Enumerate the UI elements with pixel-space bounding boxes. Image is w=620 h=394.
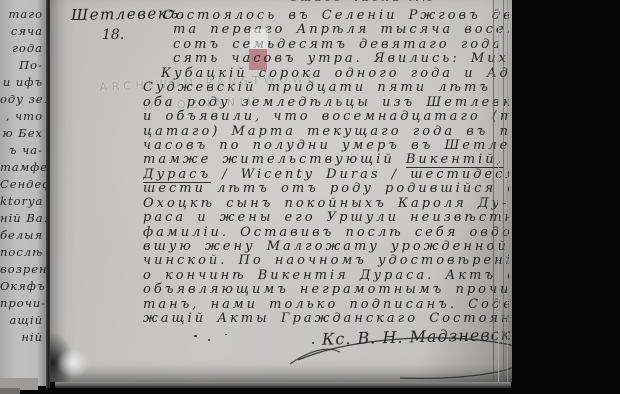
facing-page-fragment: белыя [0, 227, 46, 244]
curled-corner-highlight [56, 348, 90, 378]
record-line: и объявили, что восемнадцатаго (трид- [143, 110, 509, 124]
facing-page-fragment: По- [0, 57, 46, 74]
record-line: Суджевскій тридцати пяти лѣтъ [143, 81, 509, 95]
record-line: сять часовъ утра. Явились: Михаилъ [143, 52, 509, 66]
record-line: фамиліи. Оставивъ послѣ себя овдовѣ- [143, 226, 509, 240]
record-line: чинской. По наочномъ удостовѣреніи [143, 254, 509, 268]
facing-page-fragment: года [0, 40, 46, 57]
sheet-edge-line [493, 0, 494, 382]
record-line-deceased-name: тамже жительствующій Викентій, [143, 153, 509, 167]
facing-page-fragment: , что [0, 108, 46, 125]
facing-page-fragment: ній Ва. [0, 210, 46, 227]
facing-page-fragment: ktorya [0, 193, 46, 210]
record-line: оба роду земледѣльцы изъ Шетлевка [143, 96, 509, 110]
facing-page-fragment: ъ ча- [0, 142, 46, 159]
facing-page-fragment: возренія [0, 261, 46, 278]
record-text: Состоялось въ Селеніи Ржговъ двадцатаго … [143, 9, 509, 327]
record-line: вшую жену Малгожату урожденной Кон- [143, 240, 509, 254]
facing-page-fragment: сяча [0, 23, 46, 40]
record-line: Состоялось въ Селеніи Ржговъ двадцатаго … [143, 9, 509, 23]
record-number: 18. [102, 27, 124, 43]
record-page: ARCHIWUM PAŃSTWOWE W POZNANIU вшаго числ… [50, 0, 512, 382]
record-line: о кончинѣ Викентія Дураса. Актъ сей [143, 269, 509, 283]
facing-page-fragment: и ифъ [0, 74, 46, 91]
record-line: Охоцкѣ сынъ покойныхъ Кароля Ду- [143, 197, 509, 211]
facing-page-fragment: Окяфъ [0, 278, 46, 295]
facing-page-strip: таго сяча года По- и ифъ оду зе. , что ю… [0, 0, 46, 386]
facing-page-fragment: прочи- [0, 295, 46, 312]
bottom-page-stack-edge [55, 382, 511, 388]
record-line-deceased-surname: Дурасъ / Wicenty Duras / шестидесяти [143, 168, 509, 182]
facing-page-fragment: таго [0, 6, 46, 23]
facing-page-fragment: ащій [0, 312, 46, 329]
record-line-text: / Wicenty Duras / шестидесяти [211, 167, 509, 182]
record-line: часовъ по полудни умеръ въ Шетлевкѣ [143, 139, 509, 153]
white-highlight-marker[interactable] [250, 29, 268, 49]
record-line: раса и жены его Уршули неизвѣстной [143, 211, 509, 225]
record-line: сотъ семьдесятъ девятаго года въ де- [143, 38, 509, 52]
facing-page-fragment: тамфе [0, 159, 46, 176]
facing-page-fragment: ю Бех [0, 125, 46, 142]
record-line: Кубацкій сорока одного года и Адамъ [143, 67, 509, 81]
archival-scan-viewer: таго сяча года По- и ифъ оду зе. , что ю… [0, 0, 620, 394]
facing-page-text: таго сяча года По- и ифъ оду зе. , что ю… [0, 0, 46, 346]
ink-speck [194, 335, 197, 337]
ink-speck [225, 334, 227, 335]
pink-highlight-marker[interactable] [249, 49, 267, 70]
record-line: та перваго Апрѣля тысяча восемь- [143, 23, 509, 37]
sheet-edge-line [507, 0, 508, 382]
record-line: танъ, нами только подписанъ. Содер- [143, 298, 509, 312]
bottom-left-page-stack [0, 388, 20, 394]
record-line-text: тамже жительствующій [143, 152, 406, 167]
facing-page-fragment: послѣ [0, 244, 46, 261]
facing-page-fragment: ній [0, 329, 46, 346]
record-line: цатаго) Марта текущаго года въ пять [143, 125, 509, 139]
sheet-edge-line [503, 0, 504, 382]
sheet-edge-line [498, 0, 499, 382]
top-edge-cut-line: вшаго числа мѣ [290, 0, 510, 7]
ink-speck [312, 342, 314, 344]
facing-page-fragment: оду зе. [0, 91, 46, 108]
facing-page-fragment: Сендеф- [0, 176, 46, 193]
record-line: объявляющимъ неграмотнымъ прочи- [143, 283, 509, 297]
record-line: шести лѣтъ отъ роду родившійся въ [143, 182, 509, 196]
ink-speck [208, 339, 210, 341]
